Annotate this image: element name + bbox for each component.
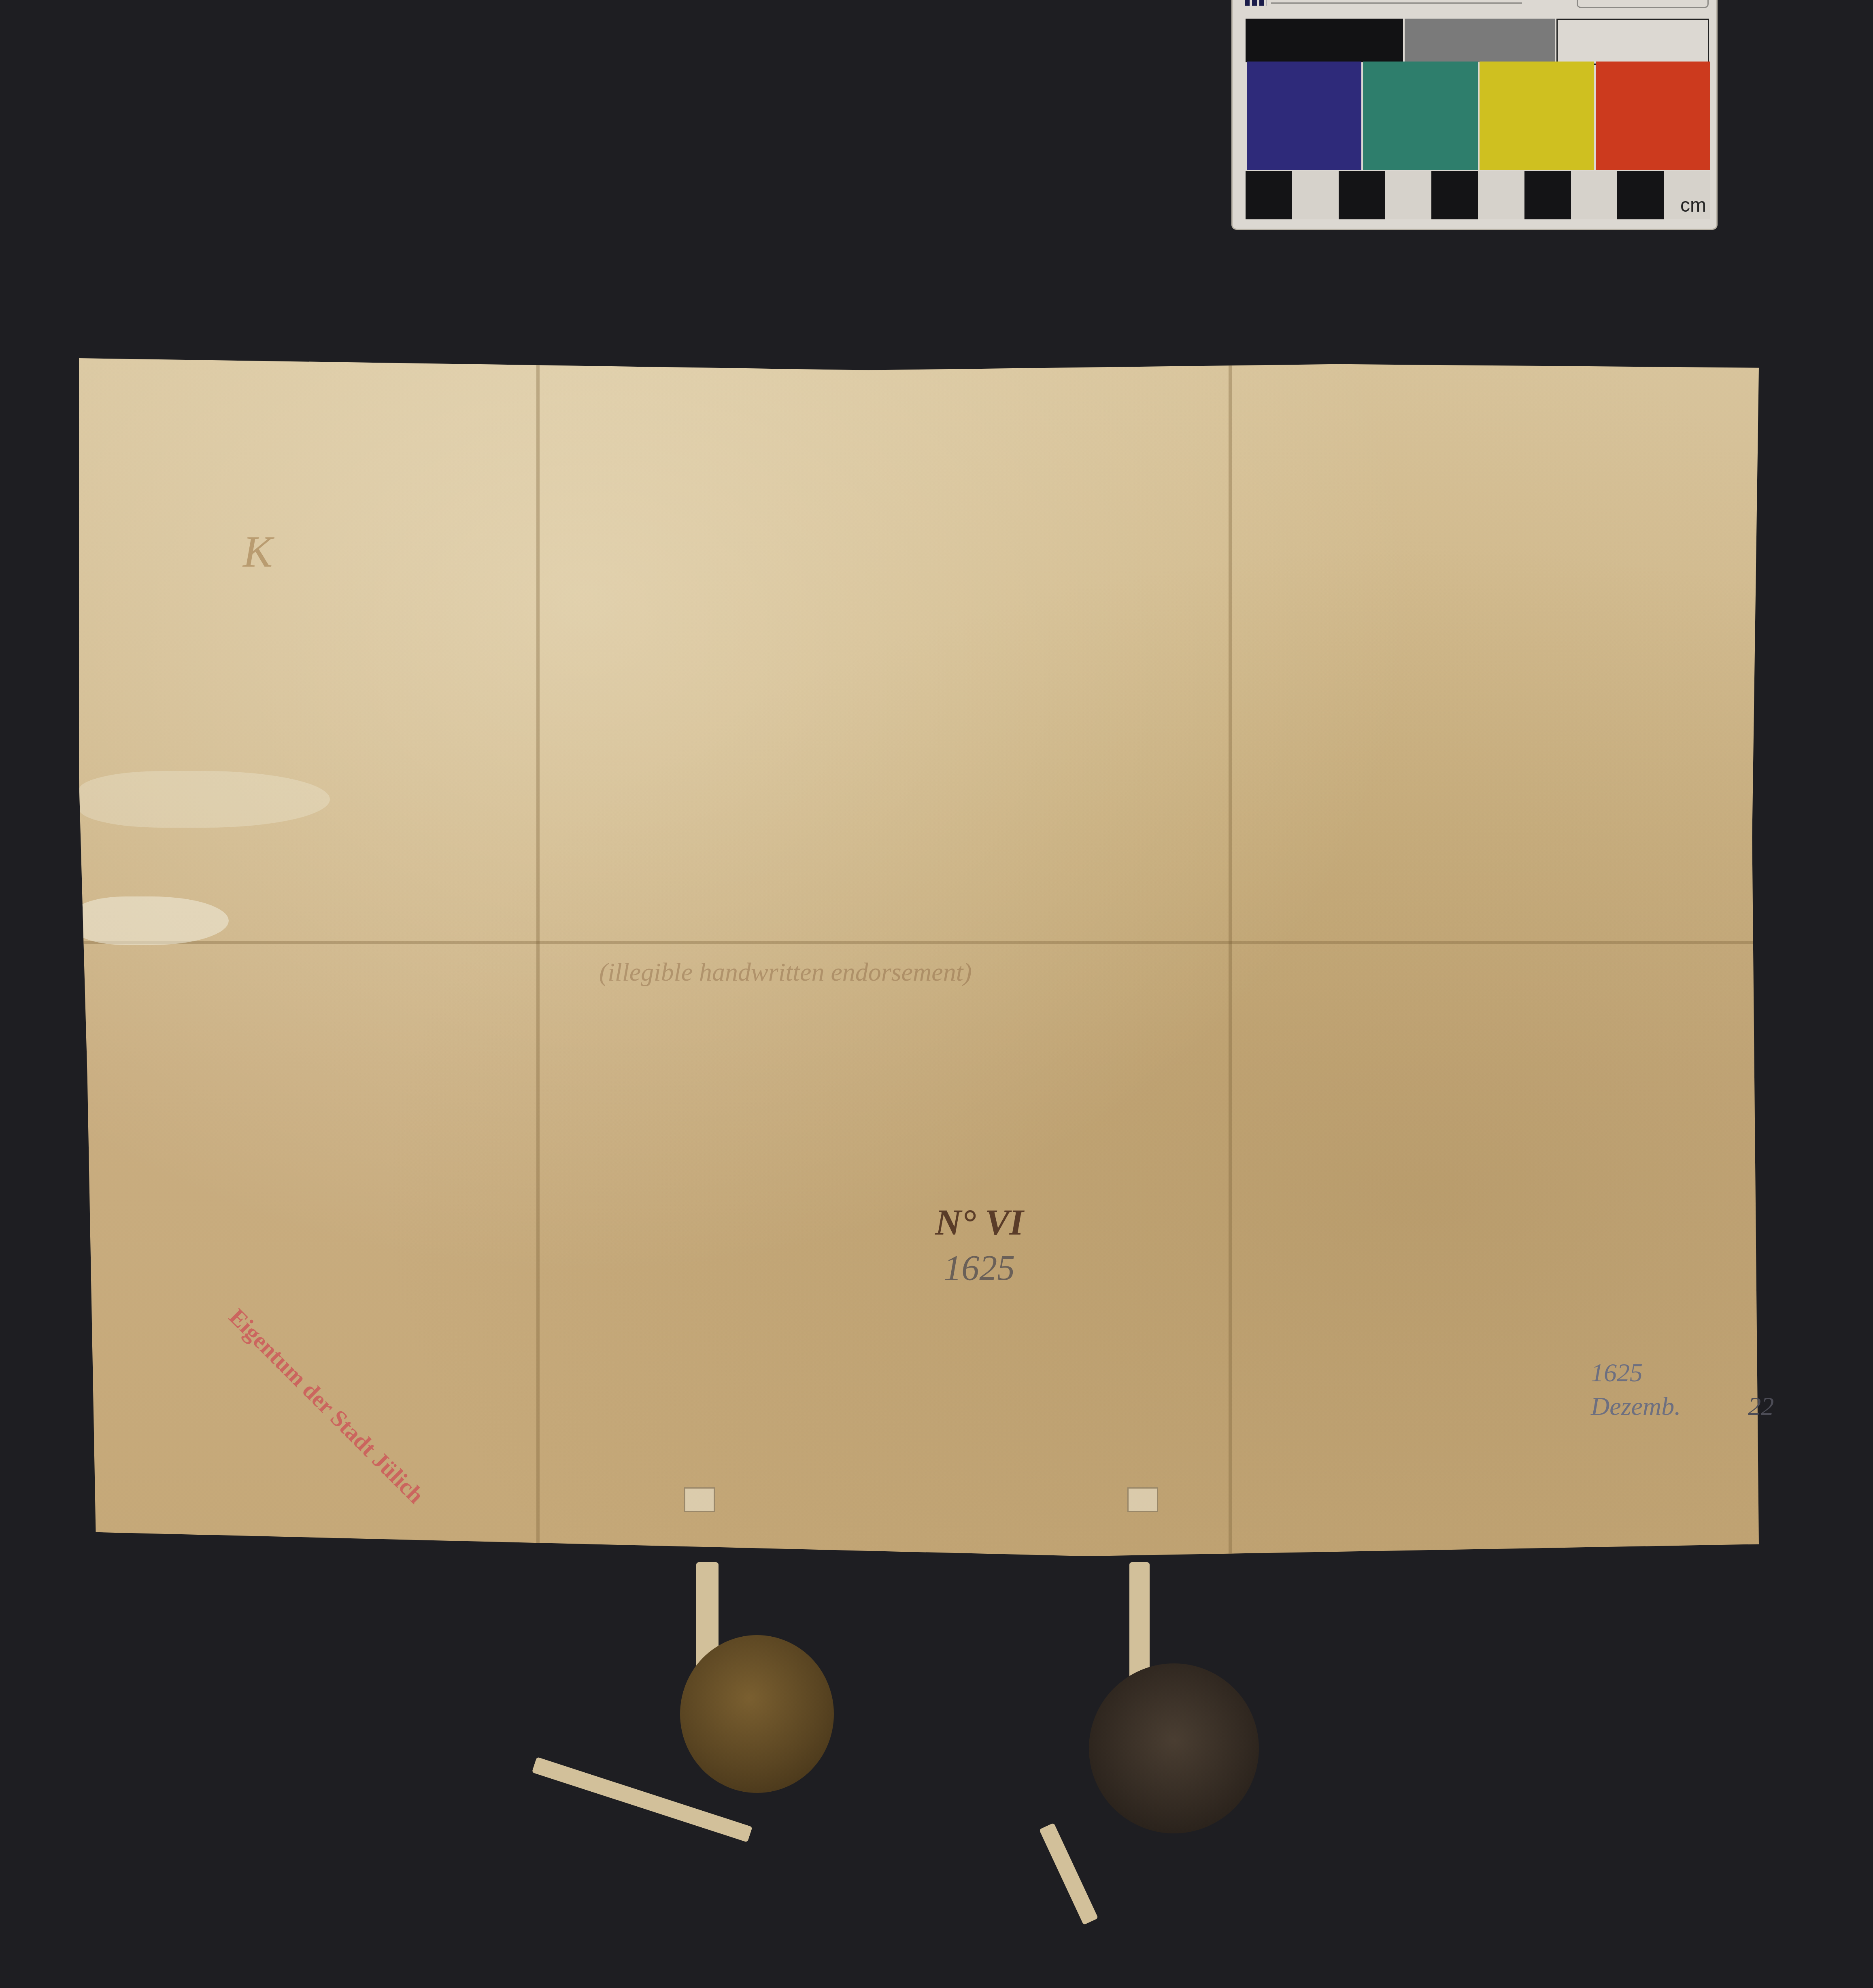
pencil-day: 22: [1748, 1392, 1774, 1421]
pencil-date: Dezemb. 22: [1591, 1389, 1774, 1423]
repair-patch: [75, 896, 229, 945]
white-patch: [1556, 19, 1709, 65]
black-patch: [1246, 19, 1403, 62]
archive-number: N° VI: [935, 1202, 1024, 1244]
chart-label-box: [1577, 0, 1709, 8]
wax-seal-right: [1089, 1663, 1259, 1833]
color-patches: [1247, 62, 1710, 170]
green-patch: [1363, 62, 1478, 170]
chart-header: [1245, 0, 1702, 8]
faded-endorsement: (illegible handwritten endorsement): [599, 955, 1198, 989]
seal-strap-right-tail: [1039, 1823, 1098, 1925]
blue-patch: [1247, 62, 1361, 170]
seal-strap-right: [1129, 1562, 1150, 1684]
chart-label-line: [1271, 2, 1522, 4]
corner-mark: K: [243, 526, 272, 578]
fold-line-vertical-right: [1229, 358, 1232, 1556]
seal-slit-right: [1127, 1487, 1158, 1512]
pencil-date-note: 1625 Dezemb. 22: [1591, 1356, 1774, 1423]
fold-line-vertical-left: [536, 358, 540, 1556]
pencil-year: 1625: [1591, 1356, 1774, 1389]
cm-scale: [1246, 171, 1710, 219]
fold-line-horizontal: [79, 941, 1759, 944]
repair-patch-2: [79, 771, 330, 828]
wax-seal-left: [680, 1635, 834, 1793]
red-patch: [1596, 62, 1710, 170]
gray-patches: [1246, 19, 1709, 62]
cm-label: cm: [1680, 194, 1706, 217]
archive-year: 1625: [935, 1248, 1024, 1289]
color-calibration-chart: cm: [1233, 0, 1716, 229]
logo-marks: [1245, 0, 1267, 6]
archive-annotation: N° VI 1625: [935, 1202, 1024, 1289]
pencil-month: Dezemb.: [1591, 1392, 1681, 1421]
seal-slit-left: [684, 1487, 715, 1512]
yellow-patch: [1480, 62, 1594, 170]
gray-patch: [1405, 19, 1555, 62]
